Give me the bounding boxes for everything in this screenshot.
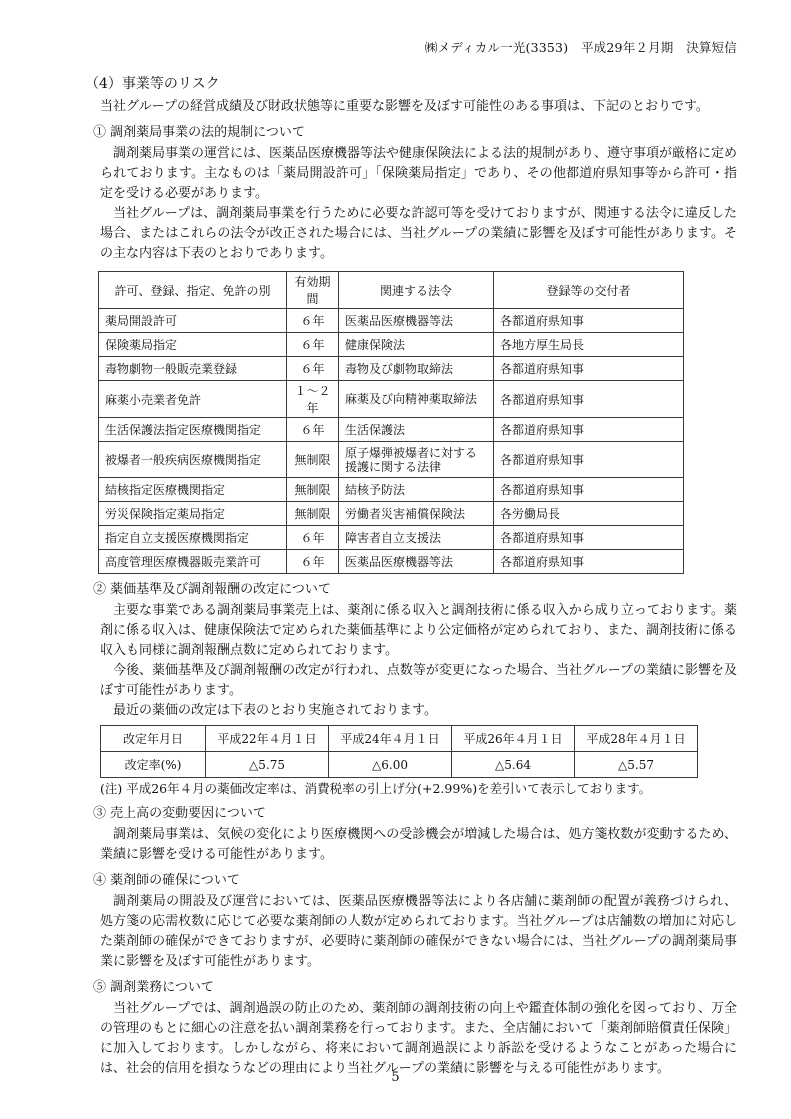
- table-cell: 生活保護法: [339, 418, 494, 442]
- table-row: 保険薬局指定 ６年 健康保険法 各地方厚生局長: [99, 333, 684, 357]
- table-cell: 保険薬局指定: [99, 333, 287, 357]
- risk-item-5-heading: ⑤ 調剤業務について: [93, 978, 737, 998]
- table-cell: ６年: [287, 333, 339, 357]
- table-header-cell: 登録等の交付者: [494, 272, 684, 309]
- risk-item-2-title: 薬価基準及び調剤報酬の改定について: [110, 582, 331, 597]
- table-cell: △6.00: [329, 752, 452, 778]
- table-row: 生活保護法指定医療機関指定 ６年 生活保護法 各都道府県知事: [99, 418, 684, 442]
- table-cell: 原子爆弾被爆者に対する援護に関する法律: [339, 442, 494, 478]
- table-row: 結核指定医療機関指定 無制限 結核予防法 各都道府県知事: [99, 478, 684, 502]
- table-row: 麻薬小売業者免許 １～２年 麻薬及び向精神薬取締法 各都道府県知事: [99, 381, 684, 418]
- table-cell: 被爆者一般疾病医療機関指定: [99, 442, 287, 478]
- revision-date-row: 改定年月日 平成22年４月１日 平成24年４月１日 平成26年４月１日 平成28…: [101, 726, 698, 752]
- table-cell: 毒物劇物一般販売業登録: [99, 357, 287, 381]
- table-cell: 薬局開設許可: [99, 309, 287, 333]
- table-cell: 各地方厚生局長: [494, 333, 684, 357]
- table-cell: 労災保険指定薬局指定: [99, 502, 287, 526]
- table-cell: △5.75: [206, 752, 329, 778]
- table-cell: 平成24年４月１日: [329, 726, 452, 752]
- risk-item-3-marker: ③: [93, 806, 106, 821]
- table-row: 労災保険指定薬局指定 無制限 労働者災害補償保険法 各労働局長: [99, 502, 684, 526]
- table-cell: 各都道府県知事: [494, 357, 684, 381]
- table-row: 毒物劇物一般販売業登録 ６年 毒物及び劇物取締法 各都道府県知事: [99, 357, 684, 381]
- risk-item-4-marker: ④: [93, 873, 106, 888]
- table-cell: ６年: [287, 418, 339, 442]
- table-cell: 指定自立支援医療機関指定: [99, 526, 287, 550]
- table-cell: 無制限: [287, 478, 339, 502]
- table-header-cell: 有効期間: [287, 272, 339, 309]
- table-header-cell: 関連する法令: [339, 272, 494, 309]
- table-cell: 各都道府県知事: [494, 478, 684, 502]
- risk-item-1-marker: ①: [93, 125, 106, 140]
- table-cell: 各都道府県知事: [494, 381, 684, 418]
- risk-item-3-title: 売上高の変動要因について: [110, 806, 266, 821]
- section-intro: 当社グループの経営成績及び財政状態等に重要な影響を及ぼす可能性のある事項は、下記…: [100, 97, 737, 117]
- risk-item-2-heading: ② 薬価基準及び調剤報酬の改定について: [93, 580, 737, 600]
- table-cell: ６年: [287, 309, 339, 333]
- table-cell: △5.64: [452, 752, 575, 778]
- risk-item-5-marker: ⑤: [93, 980, 106, 995]
- risk-item-1-paragraph: 当社グループは、調剤薬局事業を行うために必要な許認可等を受けておりますが、関連す…: [100, 204, 737, 264]
- revision-table: 改定年月日 平成22年４月１日 平成24年４月１日 平成26年４月１日 平成28…: [100, 725, 698, 778]
- table-cell: 平成22年４月１日: [206, 726, 329, 752]
- license-table: 許可、登録、指定、免許の別 有効期間 関連する法令 登録等の交付者 薬局開設許可…: [98, 271, 684, 574]
- table-cell: 平成28年４月１日: [575, 726, 698, 752]
- table-cell: ６年: [287, 550, 339, 574]
- risk-item-3-paragraph: 調剤薬局事業は、気候の変化により医療機関への受診機会が増減した場合は、処方箋枚数…: [100, 825, 737, 865]
- risk-item-3-heading: ③ 売上高の変動要因について: [93, 804, 737, 824]
- table-cell: 結核予防法: [339, 478, 494, 502]
- risk-item-2-paragraph: 最近の薬価の改定は下表のとおり実施されております。: [100, 701, 737, 721]
- page-content: （4）事業等のリスク 当社グループの経営成績及び財政状態等に重要な影響を及ぼす可…: [85, 74, 737, 1079]
- risk-item-5-title: 調剤業務について: [110, 980, 214, 995]
- table-cell: 無制限: [287, 442, 339, 478]
- risk-item-2-paragraph: 主要な事業である調剤薬局事業売上は、薬剤に係る収入と調剤技術に係る収入から成り立…: [100, 601, 737, 661]
- risk-item-2-paragraph: 今後、薬価基準及び調剤報酬の改定が行われ、点数等が変更になった場合、当社グループ…: [100, 661, 737, 701]
- table-cell: 各都道府県知事: [494, 550, 684, 574]
- table-row: 高度管理医療機器販売業許可 ６年 医薬品医療機器等法 各都道府県知事: [99, 550, 684, 574]
- document-page: ㈱メディカル一光(3353) 平成29年２月期 決算短信 （4）事業等のリスク …: [0, 0, 791, 1119]
- table-cell: 生活保護法指定医療機関指定: [99, 418, 287, 442]
- table-cell: 各都道府県知事: [494, 442, 684, 478]
- risk-item-2-marker: ②: [93, 582, 106, 597]
- table-cell: 健康保険法: [339, 333, 494, 357]
- table-cell: 各都道府県知事: [494, 309, 684, 333]
- table-cell: 各労働局長: [494, 502, 684, 526]
- table-cell: 結核指定医療機関指定: [99, 478, 287, 502]
- table-cell: 麻薬及び向精神薬取締法: [339, 381, 494, 418]
- table-cell: 改定年月日: [101, 726, 206, 752]
- table-cell: 障害者自立支援法: [339, 526, 494, 550]
- license-table-header-row: 許可、登録、指定、免許の別 有効期間 関連する法令 登録等の交付者: [99, 272, 684, 309]
- table-cell: ６年: [287, 526, 339, 550]
- table-cell: 麻薬小売業者免許: [99, 381, 287, 418]
- page-number: 5: [0, 1070, 791, 1085]
- doc-header: ㈱メディカル一光(3353) 平成29年２月期 決算短信: [425, 38, 737, 56]
- table-cell: △5.57: [575, 752, 698, 778]
- table-cell: 各都道府県知事: [494, 526, 684, 550]
- table-cell: 無制限: [287, 502, 339, 526]
- table-row: 被爆者一般疾病医療機関指定 無制限 原子爆弾被爆者に対する援護に関する法律 各都…: [99, 442, 684, 478]
- table-cell: 平成26年４月１日: [452, 726, 575, 752]
- table-cell: 医薬品医療機器等法: [339, 309, 494, 333]
- table-cell: 各都道府県知事: [494, 418, 684, 442]
- table-row: 指定自立支援医療機関指定 ６年 障害者自立支援法 各都道府県知事: [99, 526, 684, 550]
- risk-item-1-title: 調剤薬局事業の法的規制について: [110, 125, 305, 140]
- risk-item-5-paragraph: 当社グループでは、調剤過誤の防止のため、薬剤師の調剤技術の向上や鑑査体制の強化を…: [100, 999, 737, 1079]
- table-row: 薬局開設許可 ６年 医薬品医療機器等法 各都道府県知事: [99, 309, 684, 333]
- risk-item-4-title: 薬剤師の確保について: [110, 873, 240, 888]
- table-cell: 労働者災害補償保険法: [339, 502, 494, 526]
- section-title: （4）事業等のリスク: [85, 74, 737, 94]
- risk-item-1-heading: ① 調剤薬局事業の法的規制について: [93, 123, 737, 143]
- risk-item-1-paragraph: 調剤薬局事業の運営には、医薬品医療機器等法や健康保険法による法的規制があり、遵守…: [100, 144, 737, 204]
- table-cell: 高度管理医療機器販売業許可: [99, 550, 287, 574]
- table-cell: 毒物及び劇物取締法: [339, 357, 494, 381]
- risk-item-4-heading: ④ 薬剤師の確保について: [93, 871, 737, 891]
- revision-rate-row: 改定率(%) △5.75 △6.00 △5.64 △5.57: [101, 752, 698, 778]
- table-cell: ６年: [287, 357, 339, 381]
- risk-item-4-paragraph: 調剤薬局の開設及び運営においては、医薬品医療機器等法により各店舗に薬剤師の配置が…: [100, 892, 737, 972]
- table-cell: １～２年: [287, 381, 339, 418]
- table-header-cell: 許可、登録、指定、免許の別: [99, 272, 287, 309]
- table-note: (注) 平成26年４月の薬価改定率は、消費税率の引上げ分(+2.99%)を差引い…: [100, 780, 737, 798]
- table-cell: 改定率(%): [101, 752, 206, 778]
- table-cell: 医薬品医療機器等法: [339, 550, 494, 574]
